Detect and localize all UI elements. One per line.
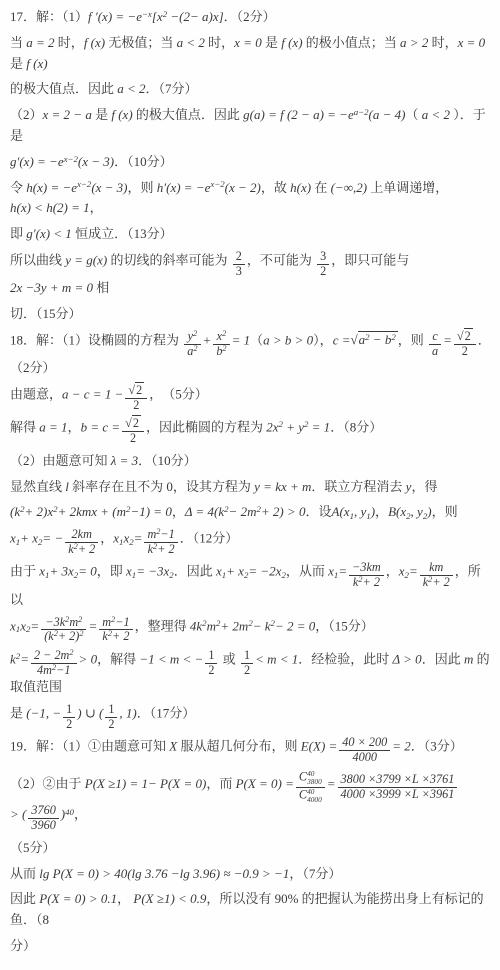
math-run: P(X ≥1) = 1− P(X = 0) <box>85 776 207 791</box>
fraction: 32 <box>317 250 329 278</box>
fraction: 12 <box>205 649 217 677</box>
solution-line: 所以曲线 y = g(x) 的切线的斜率可能为 23，不可能为 32，即只可能与… <box>10 250 491 299</box>
radical-sign: √ <box>457 329 464 343</box>
math-run: − 2 = 0 <box>275 618 315 633</box>
math-run: = <box>20 651 29 666</box>
text-run: ，即 <box>97 564 126 579</box>
superscript: 2 <box>20 504 24 514</box>
math-run: −1 < m < − <box>139 651 203 666</box>
math-run: < m < 1 <box>255 651 298 666</box>
text-run: 18．解：（1）设椭圆的方程为 <box>10 332 182 347</box>
subscript: 2 <box>406 511 410 521</box>
math-run: x <box>126 564 132 579</box>
text-run: ， <box>100 530 113 545</box>
fraction: 40 × 2004000 <box>339 736 390 764</box>
math-run: f (x) <box>84 35 105 50</box>
square-root: √2 <box>125 417 141 431</box>
superscript: 2 <box>428 575 432 584</box>
math-run: > ( <box>10 807 26 822</box>
fraction-denominator: 3 <box>233 265 245 279</box>
subscript: 2 <box>38 537 42 547</box>
text-run: 的切线的斜率可能为 <box>107 252 231 267</box>
fraction-denominator: C404000 <box>296 788 325 805</box>
math-run: −3km <box>352 560 381 574</box>
math-run: c <box>432 329 437 343</box>
superscript: 2 <box>365 332 369 342</box>
subscript: 1 <box>45 570 49 580</box>
math-run: = <box>409 564 418 579</box>
superscript: 2 <box>304 419 308 429</box>
fraction: 12 <box>63 703 75 731</box>
math-run: = −3x <box>136 564 169 579</box>
text-run: 当 <box>10 35 26 50</box>
solution-line: 因此 P(X = 0) > 0.1， P(X ≥1) < 0.9，所以没有 90… <box>10 889 491 931</box>
subscript: 2 <box>405 570 409 580</box>
math-run: a > 2 <box>400 35 428 50</box>
math-run: f (x) <box>281 35 302 50</box>
math-run: + 2)x <box>25 504 54 519</box>
text-run: 是 <box>92 107 112 122</box>
superscript: 2 <box>156 527 160 536</box>
math-run: x <box>10 530 16 545</box>
fraction-numerator: x2 <box>213 330 229 345</box>
math-run: f (x) <box>26 56 47 71</box>
math-run: 4000 ×3999 ×L ×3961 <box>341 787 455 801</box>
math-run: 2km <box>72 527 92 541</box>
fraction: 12 <box>105 703 117 731</box>
math-run: b = c = <box>81 420 121 435</box>
math-run: 4m <box>37 663 52 677</box>
fraction-numerator: m2−1 <box>144 528 177 543</box>
fraction-numerator: 2km <box>65 528 98 543</box>
solution-line: 显然直线 l 斜率存在且不为 0，设其方程为 y = kx + m．联立方程消去… <box>10 477 491 498</box>
radical-sign: √ <box>350 332 357 347</box>
text-run: ）， <box>313 332 333 347</box>
text-run: 1 <box>244 648 250 662</box>
superscript: 2 <box>358 575 362 584</box>
math-run: −3k <box>45 615 65 629</box>
math-run: −1 <box>160 527 174 541</box>
math-run: Δ = 4(k <box>185 504 224 519</box>
subscript: 2 <box>26 624 30 634</box>
super-subscript-stack: 403800 <box>307 770 322 787</box>
solution-line: 切．（15分） <box>10 304 491 325</box>
math-run: x = 0 <box>458 35 486 50</box>
text-run: 17．解：（1） <box>10 9 88 24</box>
fraction: 37603960 <box>28 804 58 832</box>
fraction: m2−1k2+ 2 <box>144 528 177 556</box>
text-run: 的极小值点；当 <box>303 35 401 50</box>
math-run: a < 2 <box>422 107 450 122</box>
superscript: 2 <box>216 618 220 628</box>
solution-line: 18．解：（1）设椭圆的方程为 y2a2+x2b2= 1（a > b > 0），… <box>10 330 491 379</box>
fraction-numerator: C403800 <box>296 770 325 788</box>
superscript: 2 <box>53 504 57 514</box>
subscript: 2 <box>169 570 173 580</box>
superscript: 2 <box>126 504 130 514</box>
superscript: 2 <box>74 542 78 551</box>
math-run: y = kx + m <box>254 479 311 494</box>
solution-line: 19．解：（1）①由题意可知 X 服从超几何分布，则 E(X) =40 × 20… <box>10 736 491 764</box>
text-run: ， <box>375 504 388 519</box>
math-run: g′(x) = −e <box>10 154 64 169</box>
text-run: ，不可能为 <box>247 252 315 267</box>
subscript: 2 <box>281 570 285 580</box>
text-run: ， <box>90 200 103 215</box>
text-run: （2）由题意可知 <box>10 453 111 468</box>
fraction-denominator: a2 <box>184 345 200 359</box>
fraction-denominator: b2 <box>213 345 229 359</box>
math-run: = <box>443 332 452 347</box>
radicand: 2 <box>464 328 473 343</box>
math-run: c = <box>333 332 351 347</box>
subscript: 2 <box>244 570 248 580</box>
math-run: lg P(X = 0) > 40(lg 3.76 −lg 3.96) ≈ −0.… <box>39 866 289 881</box>
solution-line: 令 h(x) = −ex−2(x − 3)，则 h′(x) = −ex−2(x … <box>10 178 491 220</box>
math-run: x = 0 <box>234 35 262 50</box>
fraction: 3800 ×3799 ×L ×37614000 ×3999 ×L ×3961 <box>338 773 458 801</box>
math-run: k <box>68 542 73 556</box>
subscript: 2 <box>423 511 427 521</box>
radicand: a2 − b2 <box>358 331 398 347</box>
fraction-denominator: 2 <box>317 265 329 279</box>
math-run: 40 × 200 <box>342 735 387 749</box>
solution-line: 由于 x1+ 3x2= 0，即 x1= −3x2．因此 x1+ x2= −2x2… <box>10 561 491 610</box>
fraction: x2b2 <box>213 330 229 358</box>
math-run: g′(x) < 1 <box>26 226 72 241</box>
fraction-denominator: k2+ 2 <box>99 630 132 644</box>
fraction-denominator: 2 <box>205 664 217 678</box>
solution-line: （2）由题意可知 λ = 3．（10分） <box>10 451 491 472</box>
text-run: 1 <box>208 648 214 662</box>
fraction-numerator: 2 − 2m2 <box>31 649 77 664</box>
text-run: （2）②由于 <box>10 776 85 791</box>
superscript: 2 <box>202 618 206 628</box>
superscript: 2 <box>16 651 20 661</box>
math-run: m <box>102 615 111 629</box>
fraction-numerator: −3km <box>349 561 384 576</box>
math-run: 3960 <box>31 818 55 832</box>
text-run: ．（17分） <box>137 705 196 720</box>
text-run: ， <box>172 504 185 519</box>
solution-line: （2）x = 2 − a 是 f (x) 的极大值点．因此 g(a) = f (… <box>10 105 491 147</box>
fraction-denominator: 4000 ×3999 ×L ×3961 <box>338 788 458 802</box>
fraction-denominator: 3960 <box>28 819 58 833</box>
math-run: + y <box>283 420 304 435</box>
fraction: m2−1k2+ 2 <box>99 616 132 644</box>
fraction-denominator: k2+ 2 <box>349 576 384 590</box>
fraction-numerator: 3 <box>317 250 329 265</box>
math-solution-document: 17．解：（1）f ′(x) = −e−x[x2 −(2− a)x]．（2分）当… <box>0 0 500 970</box>
text-run: 服从超几何分布，则 <box>177 739 301 754</box>
math-run: [x <box>152 9 163 24</box>
math-run: + 3x <box>49 564 73 579</box>
math-run: = <box>134 530 143 545</box>
superscript: 2 <box>271 618 275 628</box>
math-run: −1 <box>56 663 70 677</box>
solution-line: （5分） <box>10 838 491 859</box>
math-run: + 2 <box>432 575 449 589</box>
subscript: 2 <box>74 570 78 580</box>
math-run: 4k <box>190 618 202 633</box>
text-run: ，则 <box>432 504 458 519</box>
fraction-denominator: 4000 <box>339 751 390 765</box>
math-run: f (x) <box>111 107 132 122</box>
math-run: g(a) = f (2 − a) = −e <box>243 107 354 122</box>
superscript: a−2 <box>354 107 369 117</box>
solution-line: 即 g′(x) < 1 恒成立．（13分） <box>10 224 491 245</box>
text-run: ，即只可能与 <box>331 252 409 267</box>
fraction: √22 <box>454 330 476 358</box>
math-run: a < 2 <box>177 35 205 50</box>
math-run: = <box>327 776 336 791</box>
fraction-numerator: 3760 <box>28 804 58 819</box>
text-run: 2 <box>208 663 214 677</box>
math-run: x <box>10 618 16 633</box>
text-run: ，则 <box>128 180 157 195</box>
math-run: + 2) > 0 <box>261 504 306 519</box>
math-run: h(x) = −e <box>26 180 77 195</box>
solution-line: 从而 lg P(X = 0) > 40(lg 3.76 −lg 3.96) ≈ … <box>10 864 491 885</box>
math-run: + x <box>20 530 38 545</box>
solution-lines: 17．解：（1）f ′(x) = −e−x[x2 −(2− a)x]．（2分）当… <box>10 7 491 957</box>
math-run: (k <box>10 504 20 519</box>
text-run: 显然直线 <box>10 479 65 494</box>
math-run: 3800 ×3799 ×L ×3761 <box>341 772 455 786</box>
solution-line: （2）②由于 P(X ≥1) = 1− P(X = 0)，而 P(X = 0) … <box>10 770 491 833</box>
text-run: 19．解：（1）①由题意可知 <box>10 739 169 754</box>
math-run: − b <box>370 332 392 347</box>
superscript: 2 <box>222 329 226 338</box>
solution-line: 是 (−1, −12) ∪ (12, 1)．（17分） <box>10 703 491 731</box>
text-run: ．（10分） <box>138 453 197 468</box>
superscript: 2 <box>153 542 157 551</box>
math-run: (a − 4) <box>369 107 406 122</box>
subscript: 1 <box>334 570 338 580</box>
superscript: 2 <box>256 504 260 514</box>
text-run: 时， <box>428 35 457 50</box>
solution-line: x1+ x2= −2kmk2+ 2，x1x2=m2−1k2+ 2．（12分） <box>10 528 491 556</box>
solution-line: 当 a = 2 时，f (x) 无极值；当 a < 2 时，x = 0 是 f … <box>10 33 491 75</box>
math-run: E(X) = <box>301 739 338 754</box>
fraction-numerator: 40 × 200 <box>339 736 390 751</box>
math-run: m <box>207 618 216 633</box>
text-run: 3 <box>320 249 326 263</box>
text-run: 无极值；当 <box>105 35 177 50</box>
math-run: −1) = 0 <box>130 504 171 519</box>
square-root: √2 <box>457 330 473 344</box>
subscript: 1 <box>132 570 136 580</box>
superscript: 2 <box>108 629 112 638</box>
fraction: kmk2+ 2 <box>420 561 453 589</box>
text-run: （ <box>405 107 421 122</box>
math-run: 2 − 2m <box>34 648 69 662</box>
math-run: = <box>30 618 39 633</box>
subscript: 1 <box>350 511 354 521</box>
math-run: B(x <box>388 504 406 519</box>
text-run: ，而 <box>206 776 235 791</box>
fraction-denominator: 2 <box>125 399 147 413</box>
math-run: = 0 <box>78 564 97 579</box>
text-run: 2 <box>462 344 468 358</box>
math-run: P(X = 0) = <box>236 776 294 791</box>
text-run: 是 <box>262 35 282 50</box>
math-run: + 2) <box>58 629 79 643</box>
superscript: −x <box>142 9 152 19</box>
math-run: + 2 <box>157 542 174 556</box>
math-run: + 2 <box>78 542 95 556</box>
subscript: 1 <box>119 537 123 547</box>
fraction-numerator: √2 <box>122 417 144 432</box>
text-run: 2 <box>465 329 471 343</box>
fraction-denominator: 2 <box>63 718 75 732</box>
solution-line: k2=2 − 2m24m2−1> 0，解得 −1 < m < −12 或 12<… <box>10 649 491 698</box>
math-run: (x − 3) <box>78 154 114 169</box>
math-run: a > b > 0 <box>263 332 313 347</box>
text-run: 上单调递增， <box>367 180 448 195</box>
text-run: 2 <box>244 663 250 677</box>
text-run: ，解得 <box>97 651 139 666</box>
superscript: 2 <box>79 629 83 638</box>
fraction-denominator: 2 <box>105 718 117 732</box>
fraction-denominator: a <box>429 345 441 359</box>
square-root: √a2 − b2 <box>350 330 397 351</box>
math-run: 3760 <box>31 803 55 817</box>
math-run: h(x) <box>290 180 311 195</box>
math-run: > 0 <box>79 651 98 666</box>
math-run: + x <box>226 564 244 579</box>
text-run: （ <box>250 332 263 347</box>
math-run: λ = 3 <box>111 453 138 468</box>
math-run: (x − 2) <box>225 180 261 195</box>
fraction: −3k2m2(k2+ 2)2 <box>41 616 86 644</box>
fraction: C403800C404000 <box>296 770 325 805</box>
math-run: −(2− a)x] <box>167 9 224 24</box>
text-run: 1 <box>66 702 72 716</box>
math-run: P(X = 0) > 0.1 <box>39 891 117 906</box>
text-run: ．（7分） <box>146 81 198 96</box>
fraction-denominator: 2 <box>122 432 144 446</box>
text-run: 令 <box>10 180 26 195</box>
text-run: ．因此 <box>422 651 464 666</box>
text-run: 的极大值点．因此 <box>133 107 244 122</box>
fraction-numerator: km <box>420 561 453 576</box>
math-run: = <box>338 564 347 579</box>
text-run: 时， <box>55 35 84 50</box>
math-run: (x − 3) <box>91 180 127 195</box>
math-run: a <box>432 344 438 358</box>
fraction: 2 − 2m24m2−1 <box>31 649 77 677</box>
text-run: ．（12分） <box>180 530 239 545</box>
math-run: −1 <box>115 615 129 629</box>
fraction-numerator: √2 <box>454 330 476 345</box>
math-run: + 2 <box>112 629 129 643</box>
superscript: 2 <box>52 663 56 672</box>
text-run: 2 <box>136 383 142 397</box>
math-run: = 2 <box>392 739 411 754</box>
subscript: 1 <box>366 511 370 521</box>
text-run: 2 <box>133 416 139 430</box>
solution-line: 分） <box>10 936 491 957</box>
radicand: 2 <box>132 415 141 430</box>
text-run: ， <box>386 564 399 579</box>
fraction-denominator: 2 <box>241 664 253 678</box>
math-run: = 1 <box>232 332 251 347</box>
superscript: 2 <box>78 615 82 624</box>
math-run: 2x −3y + m = 0 <box>10 280 93 295</box>
fraction-numerator: 3800 ×3799 ×L ×3761 <box>338 773 458 788</box>
fraction-numerator: 1 <box>205 649 217 664</box>
fraction-denominator: k2+ 2 <box>65 543 98 557</box>
text-run: ，（7分） <box>289 866 341 881</box>
fraction-numerator: 1 <box>63 703 75 718</box>
text-run: 2 <box>130 431 136 445</box>
math-run: h(x) < h(2) = 1 <box>10 200 90 215</box>
text-run: 分） <box>10 938 36 953</box>
text-run: ，因此椭圆的方程为 <box>146 420 266 435</box>
math-run: a − c = 1 − <box>62 386 123 401</box>
solution-line: (k2+ 2)x2+ 2kmx + (m2−1) = 0，Δ = 4(k2− 2… <box>10 502 491 523</box>
fraction-denominator: 4m2−1 <box>31 664 77 678</box>
text-run: 由于 <box>10 564 39 579</box>
stack-subscript: 4000 <box>307 796 322 804</box>
fraction: √22 <box>125 384 147 412</box>
superscript: 2 <box>193 329 197 338</box>
text-run: 的极大值点．因此 <box>10 81 117 96</box>
text-run: 在 <box>311 180 331 195</box>
math-run: = −2x <box>248 564 281 579</box>
solution-line: 解得 a = 1，b = c =√22，因此椭圆的方程为 2x2 + y2 = … <box>10 417 491 445</box>
math-run: C <box>299 787 307 801</box>
math-run: , y <box>354 504 366 519</box>
math-run: (k <box>44 629 54 643</box>
fraction: −3kmk2+ 2 <box>349 561 384 589</box>
math-run: ) ∪ ( <box>77 705 103 720</box>
text-run: ．经检验，此时 <box>298 651 392 666</box>
fraction: 23 <box>233 250 245 278</box>
text-run: 2 <box>108 717 114 731</box>
math-run: − k <box>253 618 271 633</box>
text-run: 由题意， <box>10 386 62 401</box>
superscript: 2 <box>193 344 197 353</box>
math-run: , 1) <box>119 705 136 720</box>
text-run: 2 <box>236 249 242 263</box>
math-run: = − <box>42 530 63 545</box>
superscript: x−2 <box>64 154 78 164</box>
math-run: + 2m <box>220 618 248 633</box>
subscript: 1 <box>16 624 20 634</box>
math-run: P(X ≥1) < 0.9 <box>133 891 206 906</box>
fraction-denominator: (k2+ 2)2 <box>41 630 86 644</box>
text-run: ．联立方程消去 <box>311 479 405 494</box>
text-run: 1 <box>108 702 114 716</box>
solution-line: g′(x) = −ex−2(x − 3)．（10分） <box>10 152 491 173</box>
superscript: 2 <box>224 504 228 514</box>
text-run: ，则 <box>398 332 427 347</box>
superscript: 2 <box>69 648 73 657</box>
superscript: 2 <box>54 629 58 638</box>
math-run: x = 2 − a <box>43 107 92 122</box>
text-run: （5分） <box>10 840 56 855</box>
superscript: 2 <box>391 332 395 342</box>
superscript: 2 <box>65 615 69 624</box>
text-run: ， <box>117 891 133 906</box>
text-run: ，从而 <box>286 564 328 579</box>
text-run: 切．（15分） <box>10 306 82 321</box>
text-run: 2 <box>320 264 326 278</box>
super-subscript-stack: 404000 <box>307 788 322 805</box>
fraction-numerator: 1 <box>241 649 253 664</box>
